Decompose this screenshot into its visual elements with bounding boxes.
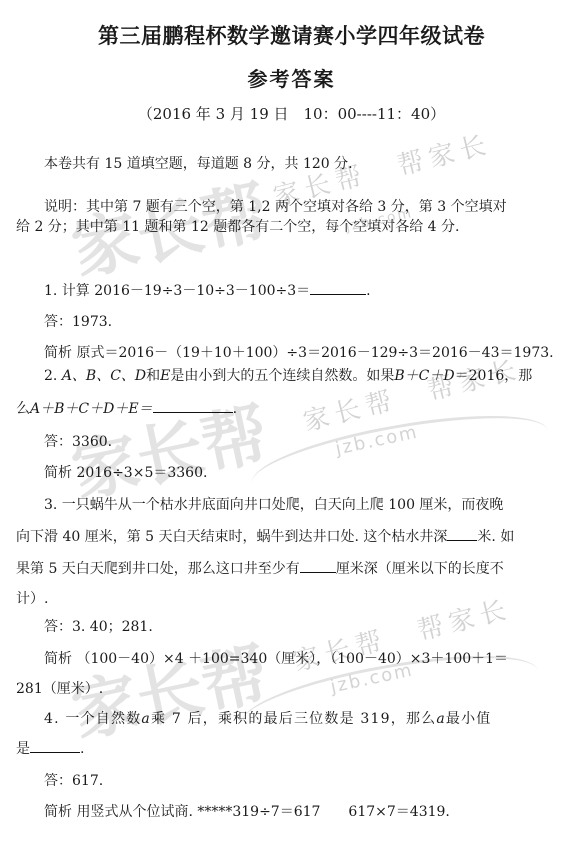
- q3-line2-tail: 米. 如: [477, 529, 514, 545]
- q2-text-tail: ＝2016，那: [455, 368, 533, 384]
- answer-1: 答：1973.: [44, 313, 112, 331]
- scoring-note-line1: 说明：其中第 7 题有三个空，第 1,2 两个空填对各给 3 分，第 3 个空填…: [44, 198, 507, 216]
- document-title: 第三届鹏程杯数学邀请赛小学四年级试卷: [0, 20, 583, 50]
- question-4-line1: 4. 一个自然数a乘 7 后，乘积的最后三位数是 319，那么a最小值: [44, 710, 492, 728]
- question-3-line1: 3. 一只蜗牛从一个枯水井底面向井口处爬，白天向上爬 100 厘米，而夜晚: [44, 496, 503, 514]
- q3-line3-tail: 厘米深（厘米以下的长度不: [336, 561, 504, 577]
- analysis-3-line1: 简析 （100－40）×4 ＋100=340（厘米），（100－40）×3＋10…: [44, 650, 508, 668]
- document-page: 家长帮 家长帮 帮家长 jzb.com 家长帮 家长帮 帮家长 jzb.com …: [0, 0, 583, 848]
- question-1-text: 1. 计算 2016－19÷3－10÷3－100÷3＝: [44, 283, 310, 299]
- analysis-4: 简析 用竖式从个位试商. *****319÷7＝617 617×7＝4319.: [44, 803, 450, 821]
- question-1: 1. 计算 2016－19÷3－10÷3－100÷3＝.: [44, 282, 371, 300]
- answer-4: 答：617.: [44, 772, 103, 790]
- q2-tail: .: [233, 401, 237, 417]
- answer-3: 答：3. 40；281.: [44, 618, 153, 636]
- q3-line3-text: 果第 5 天白天爬到井口处，那么这口井至少有: [16, 561, 300, 577]
- question-4-line2: 是.: [16, 740, 84, 758]
- q4-text: 4. 一个自然数: [44, 711, 141, 727]
- analysis-1: 简析 原式＝2016－（19＋10＋100）÷3＝2016－129÷3＝2016…: [44, 344, 554, 362]
- q4-text-mid: 乘 7 后，乘积的最后三位数是 319，那么: [151, 711, 436, 727]
- answer-blank: [30, 740, 80, 753]
- answer-blank: [153, 400, 233, 413]
- q4-var-a: a: [141, 711, 151, 727]
- exam-date: （2016 年 3 月 19 日 10：00----11：40）: [0, 103, 583, 124]
- q2-line2-prefix: 么: [16, 401, 30, 417]
- answer-blank: [447, 528, 477, 541]
- intro-text: 本卷共有 15 道填空题，每道题 8 分，共 120 分.: [44, 155, 353, 173]
- q2-sum-expr: A＋B＋C＋D＋E＝: [30, 401, 153, 417]
- q2-vars: A、B、C、D: [62, 368, 146, 384]
- q4-var-a: a: [436, 711, 446, 727]
- q2-and: 和: [146, 368, 160, 384]
- question-3-line4: 计）.: [16, 590, 48, 608]
- question-1-tail: .: [366, 283, 370, 299]
- q4-text-tail: 最小值: [446, 711, 492, 727]
- analysis-3-line2: 281（厘米）.: [16, 680, 103, 698]
- q2-var-e: E: [160, 368, 170, 384]
- question-3-line3: 果第 5 天白天爬到井口处，那么这口井至少有厘米深（厘米以下的长度不: [16, 560, 504, 578]
- analysis-2: 简析 2016÷3×5＝3360.: [44, 464, 207, 482]
- q2-expr: B＋C＋D: [394, 368, 454, 384]
- answer-blank: [310, 282, 366, 295]
- document-subtitle: 参考答案: [0, 63, 583, 92]
- q4-tail: .: [80, 741, 84, 757]
- q2-text: 是由小到大的五个连续自然数。如果: [170, 368, 394, 384]
- q2-num: 2.: [44, 368, 62, 384]
- question-2-line2: 么A＋B＋C＋D＋E＝.: [16, 400, 237, 418]
- q4-line2-text: 是: [16, 741, 30, 757]
- answer-2: 答：3360.: [44, 433, 112, 451]
- scoring-note-line2: 给 2 分；其中第 11 题和第 12 题都各有二个空，每个空填对各给 4 分.: [16, 218, 460, 236]
- q3-line2-text: 向下滑 40 厘米，第 5 天白天结束时，蜗牛到达井口处. 这个枯水井深: [16, 529, 447, 545]
- question-2-line1: 2. A、B、C、D和E是由小到大的五个连续自然数。如果B＋C＋D＝2016，那: [44, 367, 532, 385]
- answer-blank: [300, 560, 336, 573]
- question-3-line2: 向下滑 40 厘米，第 5 天白天结束时，蜗牛到达井口处. 这个枯水井深米. 如: [16, 528, 514, 546]
